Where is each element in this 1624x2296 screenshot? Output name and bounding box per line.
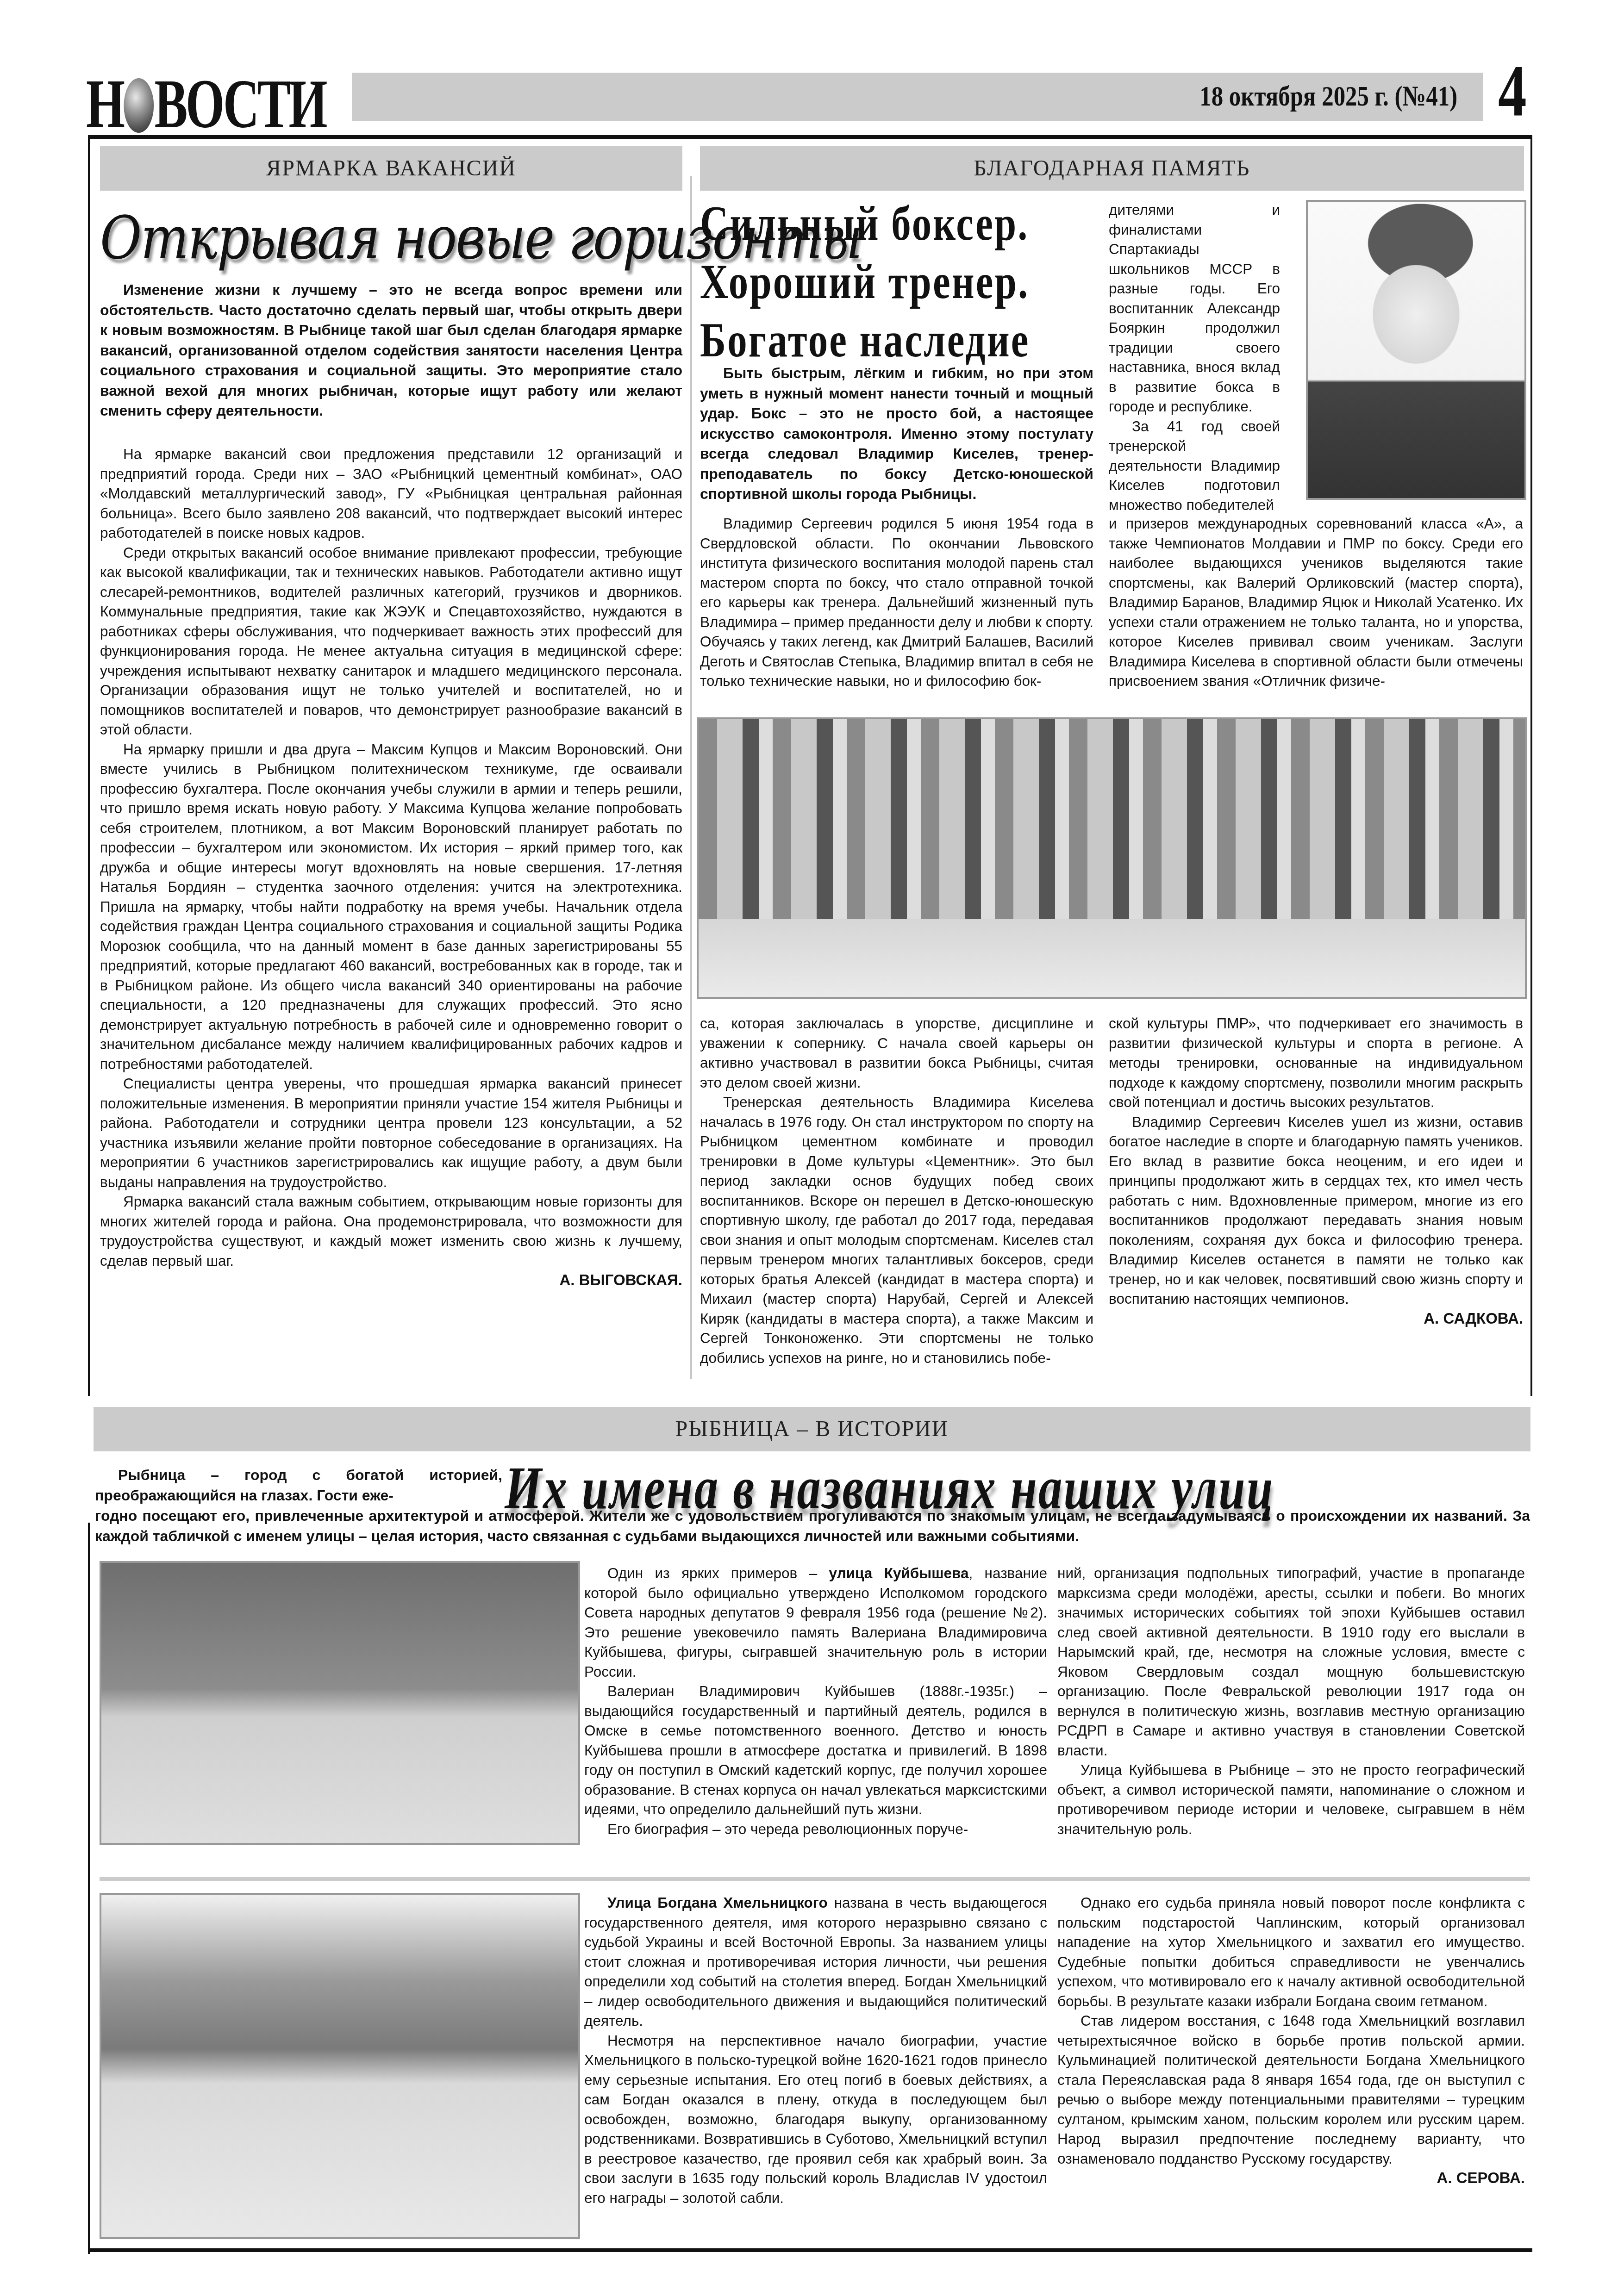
paragraph: Улица Куйбышева в Рыбнице – это не прост… (1057, 1760, 1525, 1839)
title-line: Хороший тренер. (700, 253, 1030, 311)
body-job-fair: На ярмарке вакансий свои предложения пре… (100, 444, 682, 1290)
paragraph: Валериан Владимирович Куйбышев (1888г.-1… (584, 1681, 1047, 1819)
article-title-boxing: Сильный боксер. Хороший тренер. Богатое … (700, 194, 1030, 369)
khmelnitsky-col-2: Однако его судьба приняла новый поворот … (1057, 1893, 1525, 2188)
narrow-column: дителями и финалистами Спартакиады школь… (1109, 200, 1280, 515)
byline: А. ВЫГОВСКАЯ. (100, 1270, 682, 1290)
street-photo-khmelnitsky (100, 1893, 580, 2239)
group-photo (697, 717, 1527, 999)
paragraph: ний, организация подпольных типографий, … (1057, 1563, 1525, 1760)
title-line: Богатое наследие (700, 311, 1030, 369)
issue-date: 18 октября 2025 г. (№41) (1199, 75, 1457, 118)
logo-text: ВОСТИ (154, 66, 325, 143)
paragraph: са, которая заключалась в упорстве, дисц… (700, 1014, 1093, 1092)
khmelnitsky-col-1: Улица Богдана Хмельницкого названа в чес… (584, 1893, 1047, 2208)
paragraph: Владимир Сергеевич Киселев ушел из жизни… (1109, 1112, 1523, 1309)
separator (100, 1877, 1530, 1881)
boxing-col-a-bottom: са, которая заключалась в упорстве, дисц… (700, 1014, 1093, 1368)
page-number: 4 (1498, 55, 1527, 129)
text: Один из ярких примеров – (607, 1565, 829, 1581)
paragraph: Тренерская деятельность Владимира Киселе… (700, 1092, 1093, 1368)
street-name: Улица Богдана Хмельницкого (607, 1894, 828, 1911)
section-history: РЫБНИЦА – В ИСТОРИИ (94, 1407, 1530, 1451)
paragraph: На ярмарку пришли и два друга – Максим К… (100, 740, 682, 1074)
paragraph: дителями и финалистами Спартакиады школь… (1109, 200, 1280, 417)
lead-boxing: Быть быстрым, лёгким и гибким, но при эт… (700, 363, 1093, 504)
text: , название которой было официально утвер… (584, 1565, 1047, 1680)
paragraph: За 41 год своей тренерской деятельности … (1109, 417, 1280, 515)
paragraph: ской культуры ПМР», что подчеркивает его… (1109, 1014, 1523, 1112)
newspaper-logo: НВОСТИ (86, 69, 226, 139)
street-name: улица Куйбышева (829, 1565, 969, 1581)
paragraph: и призеров международных соревнований кл… (1109, 514, 1523, 691)
street-photo-kuibyshev (100, 1561, 580, 1845)
lead-streets-left: Рыбница – город с богатой историей, прео… (95, 1465, 502, 1506)
paragraph: На ярмарке вакансий свои предложения пре… (100, 444, 682, 543)
paragraph: Несмотря на перспективное начало биограф… (584, 2031, 1047, 2208)
text: названа в честь выдающегося государствен… (584, 1894, 1047, 2029)
lead-text: Быть быстрым, лёгким и гибким, но при эт… (700, 363, 1093, 504)
boxing-col-b-top: и призеров международных соревнований кл… (1109, 514, 1523, 691)
article-title-job-fair: Открывая новые горизонты (100, 204, 689, 273)
lead-text: годно посещают его, привлеченные архитек… (95, 1506, 1530, 1546)
byline: А. САДКОВА. (1109, 1309, 1523, 1329)
paragraph: Ярмарка вакансий стала важным событием, … (100, 1192, 682, 1270)
lead-job-fair: Изменение жизни к лучшему – это не всегд… (100, 280, 682, 421)
portrait-photo (1306, 200, 1526, 500)
kuibyshev-col-2: ний, организация подпольных типографий, … (1057, 1563, 1525, 1839)
column-divider (690, 176, 692, 1379)
paragraph: Владимир Сергеевич родился 5 июня 1954 г… (700, 514, 1093, 691)
top-rule (88, 135, 1532, 139)
section-job-fair: ЯРМАРКА ВАКАНСИЙ (100, 146, 682, 191)
paragraph: Среди открытых вакансий особое внимание … (100, 543, 682, 740)
lead-text: Рыбница – город с богатой историей, прео… (95, 1465, 502, 1506)
frame-left (88, 137, 90, 1396)
title-line: Сильный боксер. (700, 194, 1030, 253)
paragraph: Специалисты центра уверены, что прошедша… (100, 1074, 682, 1192)
paragraph: Однако его судьба приняла новый поворот … (1057, 1893, 1525, 2011)
lead-streets-full: годно посещают его, привлеченные архитек… (95, 1506, 1530, 1546)
bottom-rule (88, 2248, 1532, 2252)
boxing-col-a-top: Владимир Сергеевич родился 5 июня 1954 г… (700, 514, 1093, 691)
byline: А. СЕРОВА. (1057, 2168, 1525, 2188)
paragraph: Его биография – это череда революционных… (584, 1819, 1047, 1839)
globe-icon (124, 78, 154, 133)
frame-right (1530, 137, 1532, 1396)
paragraph: Став лидером восстания, с 1648 года Хмел… (1057, 2011, 1525, 2168)
logo-letter: Н (86, 66, 123, 143)
section-memory: БЛАГОДАРНАЯ ПАМЯТЬ (700, 146, 1524, 191)
kuibyshev-col-1: Один из ярких примеров – улица Куйбышева… (584, 1563, 1047, 1839)
boxing-col-b-bottom: ской культуры ПМР», что подчеркивает его… (1109, 1014, 1523, 1328)
frame-left-bottom (88, 1523, 90, 2254)
lead-text: Изменение жизни к лучшему – это не всегд… (100, 280, 682, 421)
